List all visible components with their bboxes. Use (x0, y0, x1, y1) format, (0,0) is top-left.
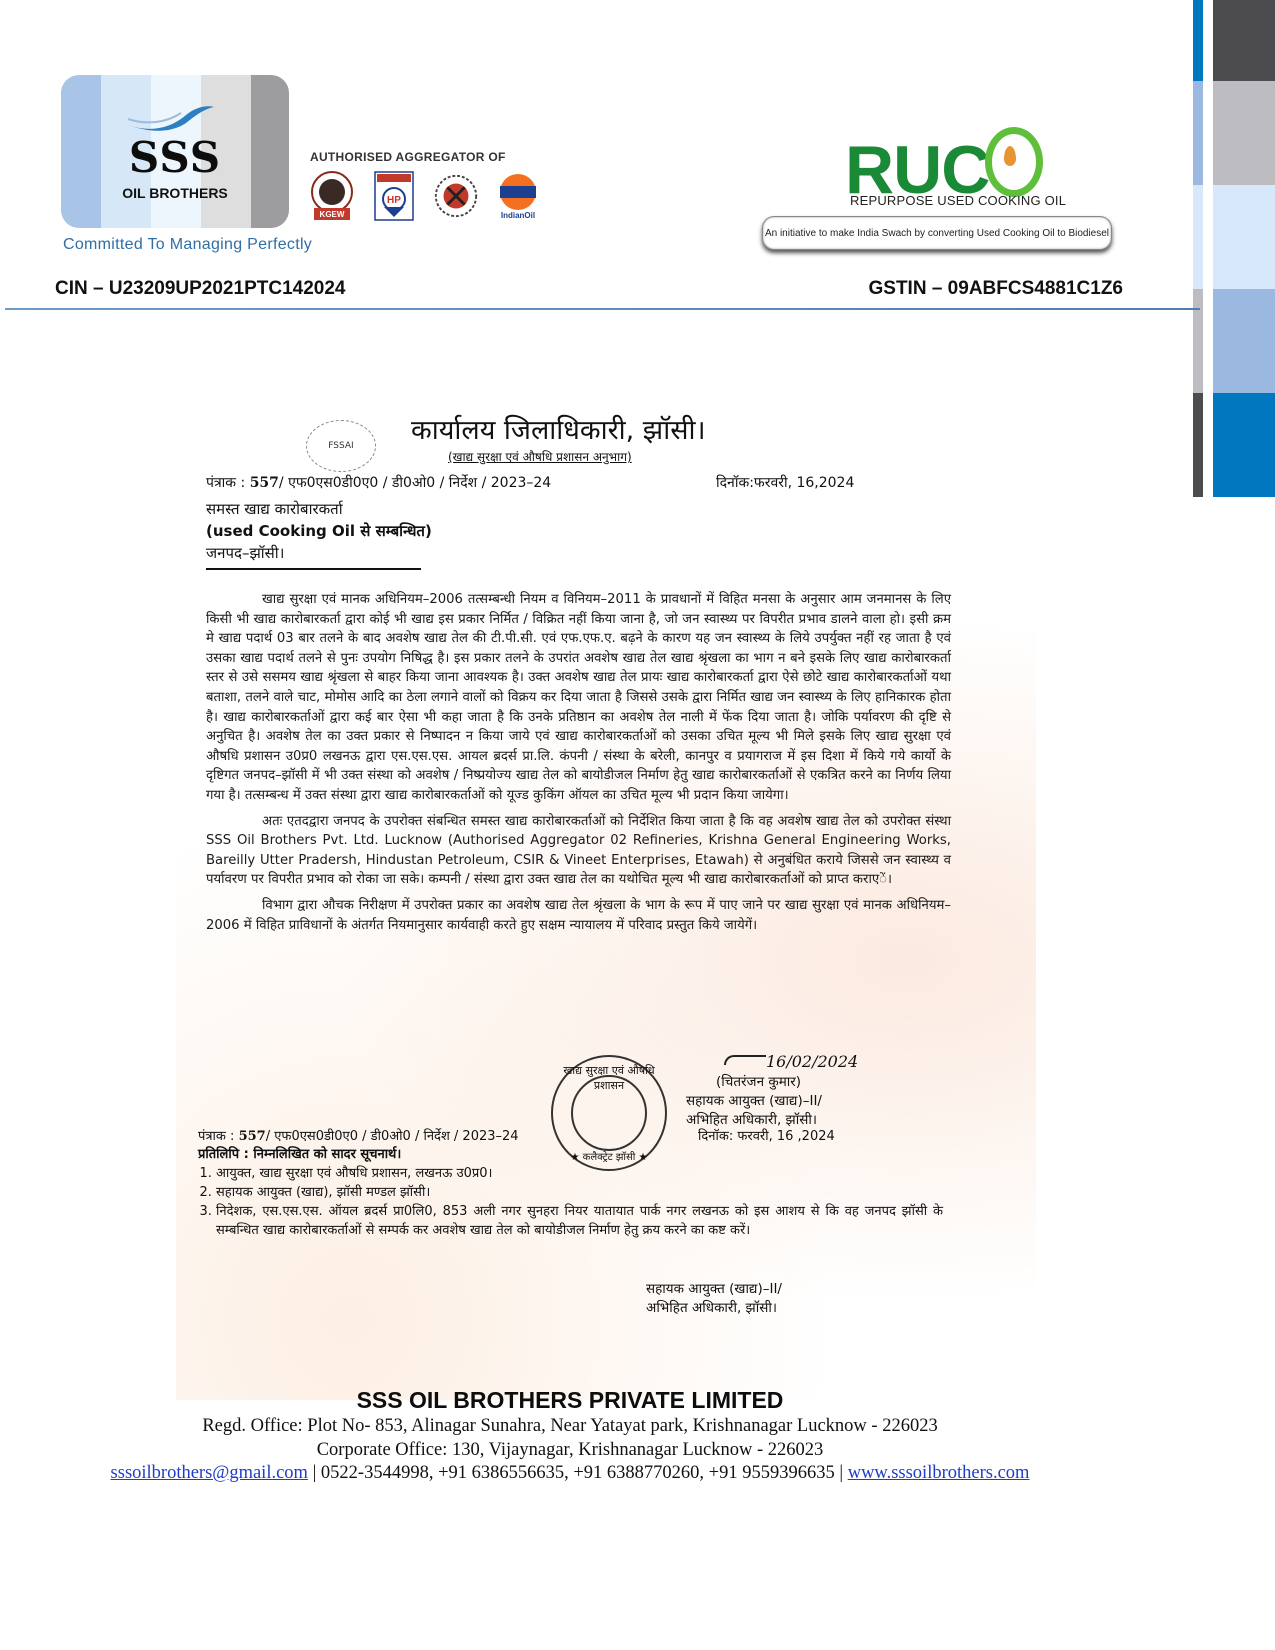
side-bar-segment (1213, 289, 1275, 393)
signatory-block: (चितरंजन कुमार) सहायक आयुक्त (खाद्य)–II/… (686, 1073, 822, 1130)
tagline: Committed To Managing Perfectly (63, 236, 312, 254)
reference-row: पंत्राक : 557/ एफ0एस0डी0ए0 / डी0ओ0 / निर… (206, 473, 906, 492)
final-signatory-designation: सहायक आयुक्त (खाद्य)–II/ (646, 1280, 782, 1299)
cin-number: CIN – U23209UP2021PTC142024 (55, 278, 345, 300)
final-signatory-block: सहायक आयुक्त (खाद्य)–II/ अभिहित अधिकारी,… (646, 1280, 782, 1318)
side-bar-segment (1193, 0, 1203, 81)
side-bar-segment (1193, 185, 1203, 289)
ref-label: पंत्राक : (206, 475, 245, 491)
footer-contacts: sssoilbrothers@gmail.com | 0522-3544998,… (0, 1463, 1140, 1484)
fssai-emblem-icon: FSSAI (306, 420, 376, 472)
signature-stroke (724, 1055, 766, 1065)
ref2-label: पंत्राक : (198, 1129, 234, 1144)
seal-top-text: खाद्य सुरक्षा एवं औषधि प्रशासन (553, 1063, 665, 1093)
ruco-subtitle: REPURPOSE USED COOKING OIL (850, 193, 1066, 208)
office-title: कार्यालय जिलाधिकारी, झॉसी। (411, 410, 706, 447)
oil-drop-recycle-icon (985, 127, 1043, 197)
body-paragraph: अतः एतदद्वारा जनपद के उपरोक्त संबन्धित स… (206, 812, 951, 890)
office-subtitle: (खाद्य सुरक्षा एवं औषधि प्रशासन अनुभाग) (448, 448, 632, 465)
footer-regd-office: Regd. Office: Plot No- 853, Alinagar Sun… (0, 1416, 1140, 1437)
website-link[interactable]: www.sssoilbrothers.com (848, 1463, 1030, 1483)
side-bar-segment (1193, 393, 1203, 497)
copy-item: निदेशक, एस.एस.एस. ऑयल ब्रदर्स प्रा0लि0, … (216, 1202, 943, 1240)
ruco-initiative-banner: An initiative to make India Swach by con… (762, 216, 1112, 250)
addressee-line: जनपद–झॉसी। (206, 542, 432, 564)
svg-text:HP: HP (387, 195, 401, 206)
side-bar-segment (1193, 81, 1203, 185)
hp-logo-icon: HP (370, 170, 418, 222)
copy-item: आयुक्त, खाद्य सुरक्षा एवं औषधि प्रशासन, … (216, 1164, 943, 1183)
ref2-date: दिनॉक: फरवरी, 16 ,2024 (698, 1126, 835, 1144)
addressee-line: समस्त खाद्य कारोबारकर्ता (206, 498, 432, 520)
addressee-line: (used Cooking Oil से सम्बन्धित) (206, 520, 432, 542)
final-signatory-office: अभिहित अधिकारी, झॉसी। (646, 1299, 782, 1318)
indianoil-logo-icon: IndianOil (494, 170, 542, 222)
copy-to-section: प्रतिलिपि : निम्नलिखित को सादर सूचनार्थ।… (198, 1145, 943, 1240)
side-bar-segment (1213, 393, 1275, 497)
kgew-logo-icon: KGEW (308, 170, 356, 222)
footer-company-name: SSS OIL BROTHERS PRIVATE LIMITED (0, 1387, 1140, 1414)
footer-corporate-office: Corporate Office: 130, Vijaynagar, Krish… (0, 1440, 1140, 1461)
wave-icon (126, 103, 216, 133)
csir-logo-icon (432, 170, 480, 222)
body-paragraph: खाद्य सुरक्षा एवं मानक अधिनियम–2006 तत्स… (206, 590, 951, 806)
ref2-rest: / एफ0एस0डी0ए0 / डी0ओ0 / निर्देश / 2023–2… (266, 1129, 519, 1144)
letter-body: खाद्य सुरक्षा एवं मानक अधिनियम–2006 तत्स… (206, 590, 951, 941)
phone-numbers: | 0522-3544998, +91 6386556635, +91 6388… (308, 1463, 848, 1483)
ref2-number: 557 (239, 1129, 266, 1144)
addressee: समस्त खाद्य कारोबारकर्ता (used Cooking O… (206, 498, 432, 564)
signatory-name: (चितरंजन कुमार) (686, 1073, 822, 1092)
copy-reference-row: पंत्राक : 557/ एफ0एस0डी0ए0 / डी0ओ0 / निर… (198, 1126, 918, 1144)
sss-logo-subtitle: OIL BROTHERS (61, 185, 289, 201)
signature-date: 16/02/2024 (766, 1052, 858, 1071)
copy-item: सहायक आयुक्त (खाद्य), झॉसी मण्डल झॉसी। (216, 1183, 943, 1202)
side-bar-segment (1213, 81, 1275, 185)
svg-text:KGEW: KGEW (320, 210, 345, 219)
aggregator-title: AUTHORISED AGGREGATOR OF (310, 150, 506, 164)
ref-rest: / एफ0एस0डी0ए0 / डी0ओ0 / निर्देश / 2023–2… (279, 475, 551, 491)
sss-logo-title: SSS (61, 133, 289, 182)
addressee-underline (206, 568, 421, 570)
copy-heading: प्रतिलिपि : निम्नलिखित को सादर सूचनार्थ। (198, 1145, 943, 1164)
aggregator-logos: KGEW HP IndianOil (308, 170, 542, 222)
scanned-letter: FSSAI कार्यालय जिलाधिकारी, झॉसी। (खाद्य … (176, 400, 1036, 1400)
side-bar-segment (1213, 0, 1275, 81)
sss-oil-brothers-logo: SSS OIL BROTHERS (61, 75, 289, 228)
letter-date: दिनॉक:फरवरी, 16,2024 (716, 473, 854, 492)
ruco-logo: RUC (845, 123, 1043, 204)
header-divider (5, 308, 1200, 310)
email-link[interactable]: sssoilbrothers@gmail.com (111, 1463, 308, 1483)
signatory-designation: सहायक आयुक्त (खाद्य)–II/ (686, 1092, 822, 1111)
side-bar-segment (1213, 185, 1275, 289)
side-bar-segment (1193, 289, 1203, 393)
ref-number: 557 (250, 475, 279, 491)
gstin-number: GSTIN – 09ABFCS4881C1Z6 (869, 278, 1124, 300)
body-paragraph: विभाग द्वारा औचक निरीक्षण में उपरोक्त प्… (206, 896, 951, 935)
